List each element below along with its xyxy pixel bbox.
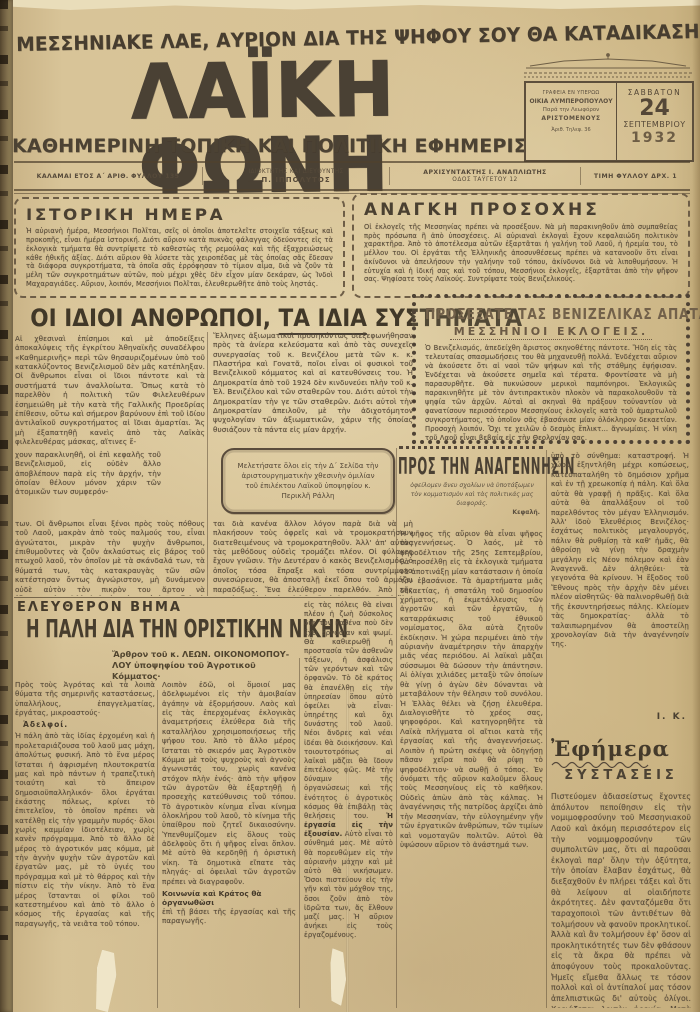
box-need-caution: ΑΝΑΓΚΗ ΠΡΟΣΟΧΗΣ Οἱ ἐκλογεῖς τῆς Μεσσηνία…	[352, 193, 690, 298]
eleftheron-col2-after: ἐπὶ τῇ βάσει τῆς ἐργασίας καὶ τῆς παραγω…	[162, 907, 296, 926]
need-caution-title: ΑΝΑΓΚΗ ΠΡΟΣΟΧΗΣ	[364, 200, 678, 220]
main-column-rule	[207, 332, 208, 596]
office-cell: ΓΡΑΦΕΙΑ ΕΝ ΥΠΕΡΩΩ ΟΙΚΙΑ ΛΥΜΠΕΡΟΠΟΥΛΟΥ Πα…	[526, 83, 617, 160]
date-num: 24	[617, 97, 692, 120]
right-column-continuation: ὑπὸ τὸ σύνθημα: καταστροφή. Ἡ χώρα ἐξηντ…	[551, 451, 689, 709]
anagennisis-deck-text: ὀφείλομεν ἄνευ σχολίων νὰ ὑποτάξωμεν τὸν…	[410, 482, 533, 507]
vertical-rule-right	[546, 450, 547, 1008]
eleftheron-col1: Πρὸς τοὺς Ἀγρότας καὶ τὰ λοιπὰ θύματα τῆ…	[15, 680, 155, 1008]
frame-notice: Μελετήσατε ὅλοι εἰς τὴν Δ΄ Σελίδα τὴν ἀρ…	[221, 448, 395, 514]
efimera-body: Πιστεύομεν ἀδιασείστως ἔχοντες ἀπόλυτον …	[551, 792, 691, 1008]
rule-left-section	[14, 597, 396, 598]
office-line5: Ἀριθ. Τηλεφ. 36	[526, 127, 616, 133]
anagennisis-body: Ἡ ψῆφος τῆς αὔριον θὰ εἶναι ψῆφος ἀναγεν…	[400, 529, 543, 1008]
eleftheron-col2: Λοιπὸν ἐδῶ, οἱ ὅμοιοί μας ἀδελφωμένοι εἰ…	[162, 680, 296, 1008]
historic-day-body: Ἡ αὐριανὴ ἡμέρα, Μεσσήνιοι Πολῖται, σεῖς…	[26, 227, 333, 289]
main-article-col1-narrow: χουν παρακλινηθῆ, οἱ ἐπὶ κεφαλῆς τοῦ Βεν…	[15, 450, 161, 515]
info-issue: ΚΑΛΑΜΑΙ ΕΤΟΣ Α΄ ΑΡΙΘ. ΦΥΛΛΟΥ 135	[14, 173, 202, 180]
date-cell: ΣΑΒΒΑΤΟΝ 24 ΣΕΠΤΕΜΒΡΙΟΥ 1932	[617, 83, 692, 160]
office-line4: ΑΡΙΣΤΟΜΕΝΟΥΣ	[526, 115, 616, 122]
prosexate-body: Ὁ Βενιζελισμός, ἀπεδείχθη ἄριστος σκηνοθ…	[425, 344, 677, 440]
torn-top-edge	[0, 0, 700, 10]
historic-day-title: ΙΣΤΟΡΙΚΗ ΗΜΕΡΑ	[26, 205, 348, 224]
need-caution-body: Οἱ ἐκλογεῖς τῆς Μεσσηνίας πρέπει νὰ προσ…	[364, 223, 678, 291]
vertical-rule-left2	[299, 658, 300, 1008]
date-month: ΣΕΠΤΕΜΒΡΙΟΥ	[617, 120, 692, 129]
info-bar: ΚΑΛΑΜΑΙ ΕΤΟΣ Α΄ ΑΡΙΘ. ΦΥΛΛΟΥ 135 ΙΔΙΟΚΤΗ…	[14, 163, 690, 189]
masthead-info-box: ΓΡΑΦΕΙΑ ΕΝ ΥΠΕΡΩΩ ΟΙΚΙΑ ΛΥΜΠΕΡΟΠΟΥΛΟΥ Πα…	[524, 81, 694, 162]
middle-col3: εἰς τὰς πόλεις θὰ εἶναι πλέον ἡ ζωὴ δύσκ…	[304, 601, 393, 1008]
box-prosexate: ΠΡΟΣΕΞΑΤΕ ΤΑΣ ΒΕΝΙΖΕΛΙΚΑΣ ΑΠΑΤΑΣ ΜΕΣΣΗΝΙ…	[412, 294, 690, 444]
eleftheron-col2-text: Λοιπὸν ἐδῶ, οἱ ὅμοιοί μας ἀδελφωμένοι εἰ…	[162, 680, 296, 886]
info-editor-name: ΑΡΧΙΣΥΝΤΑΚΤΗΣ Ι. ΑΝΑΠΛΙΩΤΗΣ	[390, 169, 580, 176]
eleftheron-col2-bold: Κοινωνία καὶ Κράτος θὰ ὀργανωθῶσι	[162, 889, 296, 907]
office-line2: ΟΙΚΙΑ ΛΥΜΠΕΡΟΠΟΥΛΟΥ	[526, 98, 616, 105]
building-sketch-icon	[524, 52, 692, 80]
main-headline-part1: ΟΙ ΙΔΙΟΙ ΑΝΘΡΩΠΟΙ,	[30, 304, 271, 332]
col3-text-a: εἰς τὰς πόλεις θὰ εἶναι πλέον ἡ ζωὴ δύσκ…	[304, 601, 393, 820]
prosexate-title: ΠΡΟΣΕΞΑΤΕ ΤΑΣ ΒΕΝΙΖΕΛΙΚΑΣ ΑΠΑΤΑΣ	[425, 305, 632, 323]
vertical-rule-left1	[157, 690, 158, 1008]
main-article-col2b: ται διὰ κανένα ἄλλον λόγον παρὰ διὰ νὰ μ…	[213, 519, 413, 596]
masthead-subtitle: ΚΑΘΗΜΕΡΙΝΗ ΤΟΠΙΚΗ ΚΑΙ ΠΟΛΙΤΙΚΗ ΕΦΗΜΕΡΙΣ	[12, 135, 494, 157]
binding-marks	[0, 0, 8, 940]
box-historic-day: ΙΣΤΟΡΙΚΗ ΗΜΕΡΑ Ἡ αὐριανὴ ἡμέρα, Μεσσήνιο…	[14, 197, 345, 298]
eleftheron-byline-line2: ΛΟΥ ὑποψηφίου τοῦ Ἀγροτικοῦ Κόμματος·	[112, 660, 306, 682]
info-owner: ΙΔΙΟΚΤΗΤΗΣ ΚΑΙ ΔΙΕΥΘΥΝΤΗΣ Π. ΙΠΠΟΛΥΤΟΣ	[203, 169, 389, 184]
efimera-subtitle: ΣΥΣΤΑΣΕΙΣ	[551, 768, 691, 783]
anagennisis-deck: ὀφείλομεν ἄνευ σχολίων νὰ ὑποτάξωμεν τὸν…	[404, 482, 540, 518]
anagennisis-title: ΠΡΟΣ ΤΗΝ ΑΝΑΓΕΝΝΗΣΙΝ	[398, 452, 575, 480]
info-owner-name: Π. ΙΠΠΟΛΥΤΟΣ	[203, 176, 389, 184]
eleftheron-byline-line1: Ἄρθρον τοῦ κ. ΛΕΩΝ. ΟΙΚΟΝΟΜΟΠΟΥ-	[112, 649, 306, 660]
main-article-col1: Αἱ χθεσιναὶ ἐπίσημοι καὶ μὲ ἀποδείξεις ἀ…	[15, 334, 205, 447]
eleftheron-headline: Η ΠΑΛΗ ΔΙΑ ΤΗΝ ΟΡΙΣΤΙΚΗΝ ΝΙΚΗΝ	[26, 615, 348, 644]
main-article-col1b: των. Οἱ ἄνθρωποι εἶναι ξένοι πρὸς τοὺς π…	[15, 519, 205, 596]
newspaper-page: ΜΕΣΣΗΝΙΑΚΕ ΛΑΕ, ΑΥΡΙΟΝ ΔΙΑ ΤΗΣ ΨΗΦΟΥ ΣΟΥ…	[0, 0, 700, 1012]
eleftheron-col1-lead: Πρὸς τοὺς Ἀγρότας καὶ τὰ λοιπὰ θύματα τῆ…	[15, 680, 155, 717]
efimera-title-text: Ἐφήμερα	[551, 736, 670, 761]
eleftheron-kicker: ΕΛΕΥΘΕΡΟΝ ΒΗΜΑ	[17, 600, 182, 615]
main-headline: ΟΙ ΙΔΙΟΙ ΑΝΘΡΩΠΟΙ, ΤΑ ΙΔΙΑ ΣΥΣΤΗΜΑΤΑ	[30, 304, 395, 332]
efimera-title: Ἐφήμερα	[551, 736, 670, 768]
office-line1: ΓΡΑΦΕΙΑ ΕΝ ΥΠΕΡΩΩ	[526, 90, 616, 96]
main-article-col2: Ἕλληνες ἀξιωματικοὶ προσηκόντως διεξεφων…	[213, 331, 413, 447]
col3-text-b: Αὐτὸ εἶναι τὸ σύνθημά μας. Μὲ αὐτὸ θὰ πο…	[304, 830, 393, 939]
eleftheron-col1-rest: Ἡ πάλη ἀπὸ τὰς ἰδίας ἐρχομένη καὶ ἡ προλ…	[15, 731, 155, 928]
date-year: 1932	[617, 130, 692, 146]
efimera-squiggle-underline	[551, 761, 651, 768]
right-column-signature: Ι. Κ.	[551, 712, 687, 722]
anagennisis-top-rule	[399, 446, 543, 449]
anagennisis-deck-sig: Κεφαλή.	[404, 509, 540, 518]
info-owner-label: ΙΔΙΟΚΤΗΤΗΣ ΚΑΙ ΔΙΕΥΘΥΝΤΗΣ	[203, 169, 389, 175]
info-editor-address: ΟΔΟΣ ΤΑΫΓΕΤΟΥ 12	[390, 177, 580, 183]
info-editor: ΑΡΧΙΣΥΝΤΑΚΤΗΣ Ι. ΑΝΑΠΛΙΩΤΗΣ ΟΔΟΣ ΤΑΫΓΕΤΟ…	[390, 169, 580, 183]
eleftheron-byline: Ἄρθρον τοῦ κ. ΛΕΩΝ. ΟΙΚΟΝΟΜΟΠΟΥ- ΛΟΥ ὑπο…	[112, 649, 306, 682]
prosexate-subtitle: ΜΕΣΣΗΝΙΟΙ ΕΚΛΟΓΕΙΣ.	[450, 325, 652, 340]
eleftheron-col1-brothers: Ἀδελφοί.	[23, 720, 155, 729]
info-price: ΤΙΜΗ ΦΥΛΛΟΥ ΔΡΧ. 1	[581, 173, 690, 180]
office-line3: Παρά την Λεωφόρον	[526, 107, 616, 113]
frame-notice-text: Μελετήσατε ὅλοι εἰς τὴν Δ΄ Σελίδα τὴν ἀρ…	[235, 461, 381, 501]
